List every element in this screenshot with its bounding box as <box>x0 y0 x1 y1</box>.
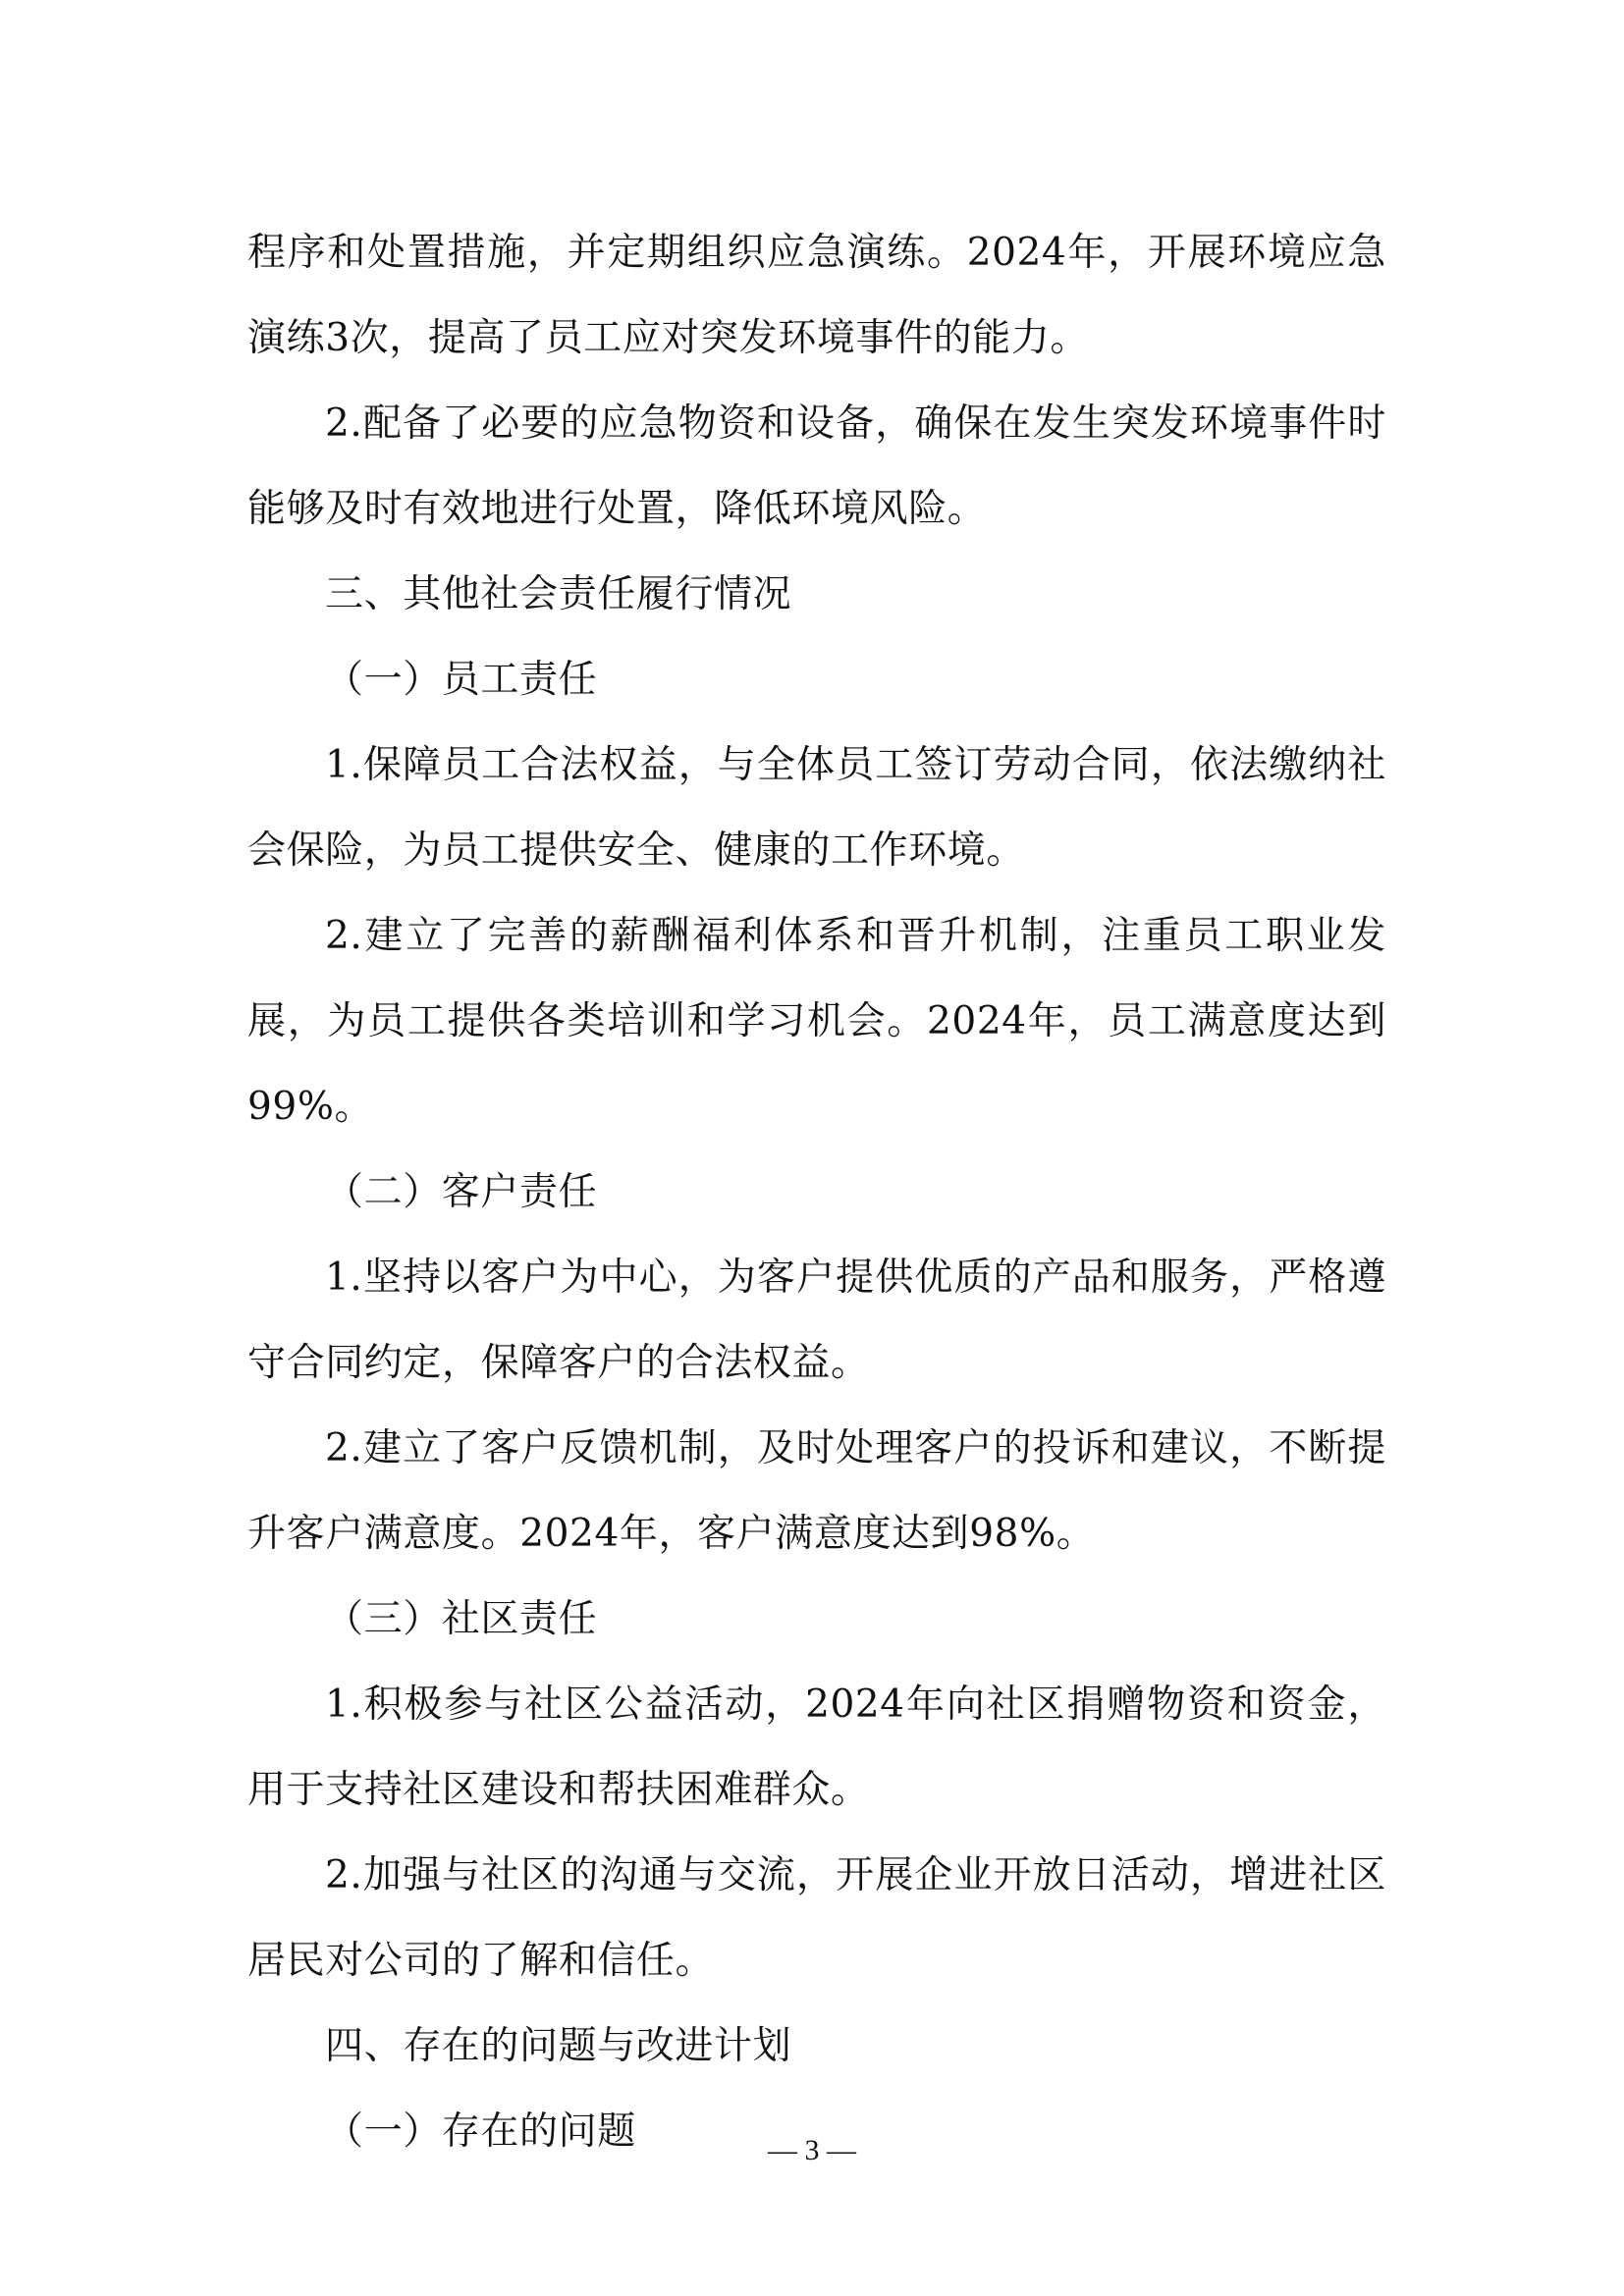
document-page: 程序和处置措施，并定期组织应急演练。2024年，开展环境应急演练3次，提高了员工… <box>0 0 1624 2296</box>
paragraph-customer-center: 1.坚持以客户为中心，为客户提供优质的产品和服务，严格遵守合同约定，保障客户的合… <box>247 1235 1386 1406</box>
paragraph-community-charity: 1.积极参与社区公益活动，2024年向社区捐赠物资和资金，用于支持社区建设和帮扶… <box>247 1662 1386 1833</box>
paragraph-continuation: 程序和处置措施，并定期组织应急演练。2024年，开展环境应急演练3次，提高了员工… <box>247 210 1386 381</box>
paragraph-employee-development: 2.建立了完善的薪酬福利体系和晋升机制，注重员工职业发展，为员工提供各类培训和学… <box>247 893 1386 1149</box>
paragraph-community-communication: 2.加强与社区的沟通与交流，开展企业开放日活动，增进社区居民对公司的了解和信任。 <box>247 1833 1386 2003</box>
subsection-heading-employee: （一）员工责任 <box>247 637 1386 722</box>
section-heading-problems-plans: 四、存在的问题与改进计划 <box>247 2003 1386 2089</box>
document-body: 程序和处置措施，并定期组织应急演练。2024年，开展环境应急演练3次，提高了员工… <box>247 210 1386 2174</box>
page-number: — 3 — <box>0 2134 1624 2167</box>
paragraph-emergency-supplies: 2.配备了必要的应急物资和设备，确保在发生突发环境事件时能够及时有效地进行处置，… <box>247 381 1386 552</box>
section-heading-other-responsibilities: 三、其他社会责任履行情况 <box>247 552 1386 637</box>
subsection-heading-customer: （二）客户责任 <box>247 1149 1386 1235</box>
paragraph-customer-feedback: 2.建立了客户反馈机制，及时处理客户的投诉和建议，不断提升客户满意度。2024年… <box>247 1406 1386 1576</box>
subsection-heading-community: （三）社区责任 <box>247 1576 1386 1662</box>
paragraph-employee-rights: 1.保障员工合法权益，与全体员工签订劳动合同，依法缴纳社会保险，为员工提供安全、… <box>247 722 1386 893</box>
